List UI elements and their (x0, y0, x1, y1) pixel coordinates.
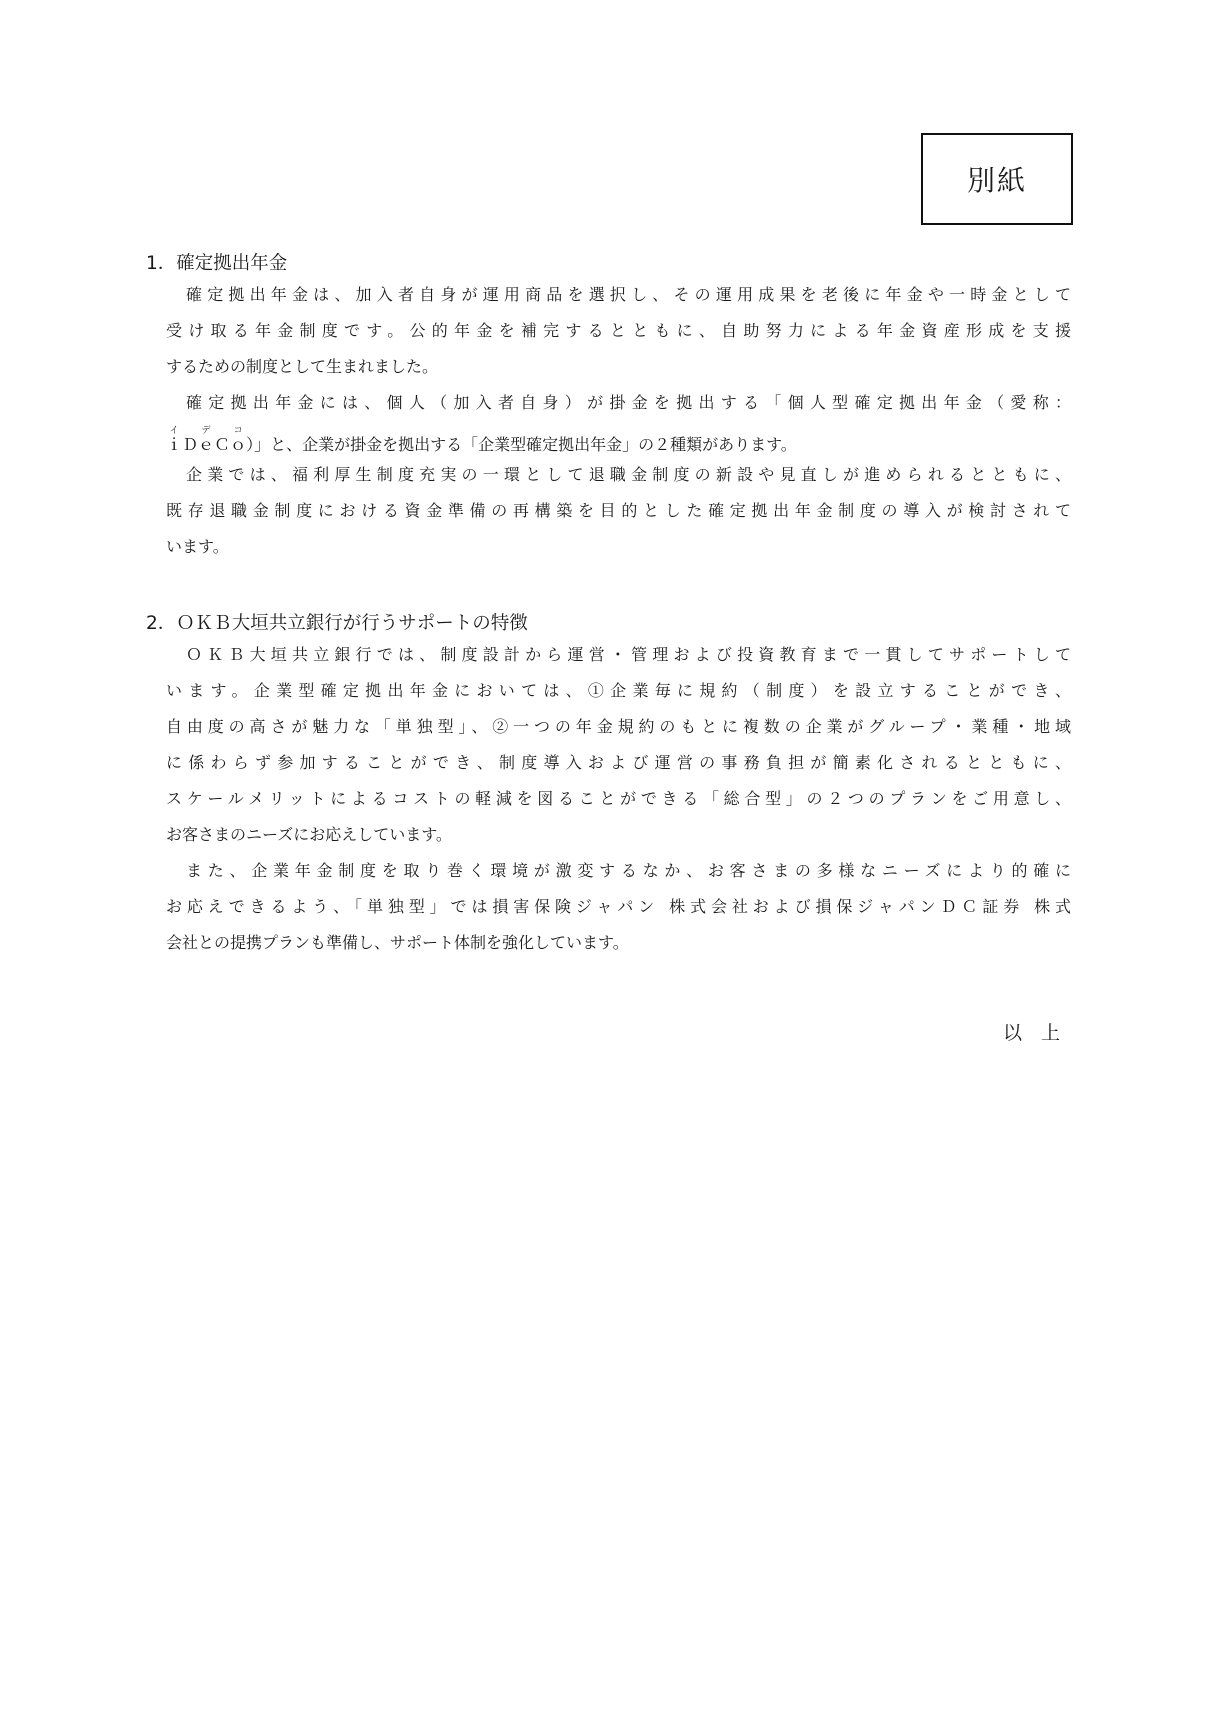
text-line: います。企業型確定拠出年金においては、①企業毎に規約（制度）を設立することができ… (166, 678, 1071, 714)
section-heading-1: 1．確定拠出年金 (146, 246, 1071, 282)
text-line: 既存退職金制度における資金準備の再構築を目的とした確定拠出年金制度の導入が検討さ… (166, 498, 1071, 534)
text-line: に係わらず参加することができ、制度導入および運営の事務負担が簡素化されるとともに… (166, 750, 1071, 786)
text-line: 受け取る年金制度です。公的年金を補完するとともに、自助努力による年金資産形成を支… (166, 318, 1071, 354)
ideco-ruby: ｉイ (166, 435, 182, 454)
text-line: スケールメリットによるコストの軽減を図ることができる「総合型」の２つのプランをご… (166, 786, 1071, 822)
closing-mark: 以 上 (1003, 1018, 1060, 1045)
text-line: ＯＫＢ大垣共立銀行では、制度設計から運営・管理および投資教育まで一貫してサポート… (166, 642, 1071, 678)
text-line: 確定拠出年金には、個人（加入者自身）が掛金を拠出する「個人型確定拠出年金（愛称： (166, 390, 1071, 426)
paragraph-2-1: ＯＫＢ大垣共立銀行では、制度設計から運営・管理および投資教育まで一貫してサポート… (146, 642, 1071, 858)
paragraph-1-2: 確定拠出年金には、個人（加入者自身）が掛金を拠出する「個人型確定拠出年金（愛称：… (146, 390, 1071, 462)
attachment-label-box: 別紙 (921, 133, 1073, 225)
text-line: 会社との提携プランも準備し、サポート体制を強化しています。 (166, 930, 1071, 966)
attachment-label: 別紙 (967, 159, 1027, 199)
paragraph-1-3: 企業では、福利厚生制度充実の一環として退職金制度の新設や見直しが進められるととも… (146, 462, 1071, 570)
paragraph-2-2: また、企業年金制度を取り巻く環境が激変するなか、お客さまの多様なニーズにより的確… (146, 858, 1071, 966)
text-line-ideco: ｉイＤｅデＣｏコ）」と、企業が掛金を拠出する「企業型確定拠出年金」の２種類があり… (166, 426, 1071, 462)
text-line: 確定拠出年金は、加入者自身が運用商品を選択し、その運用成果を老後に年金や一時金と… (166, 282, 1071, 318)
text-line: 自由度の高さが魅力な「単独型」、②一つの年金規約のもとに複数の企業がグループ・業… (166, 714, 1071, 750)
section-heading-2: 2．ＯＫＢ大垣共立銀行が行うサポートの特徴 (146, 606, 1071, 642)
text-line: お応えできるよう、「単独型」では損害保険ジャパン 株式会社および損保ジャパンＤＣ… (166, 894, 1071, 930)
text-line: 企業では、福利厚生制度充実の一環として退職金制度の新設や見直しが進められるととも… (166, 462, 1071, 498)
text-line: また、企業年金制度を取り巻く環境が激変するなか、お客さまの多様なニーズにより的確… (166, 858, 1071, 894)
section-gap (146, 570, 1071, 606)
document-body: 1．確定拠出年金 確定拠出年金は、加入者自身が運用商品を選択し、その運用成果を老… (146, 246, 1071, 966)
paragraph-1-1: 確定拠出年金は、加入者自身が運用商品を選択し、その運用成果を老後に年金や一時金と… (146, 282, 1071, 390)
text-line: するための制度として生まれました。 (166, 354, 1071, 390)
text-line: お客さまのニーズにお応えしています。 (166, 822, 1071, 858)
text-line: います。 (166, 534, 1071, 570)
